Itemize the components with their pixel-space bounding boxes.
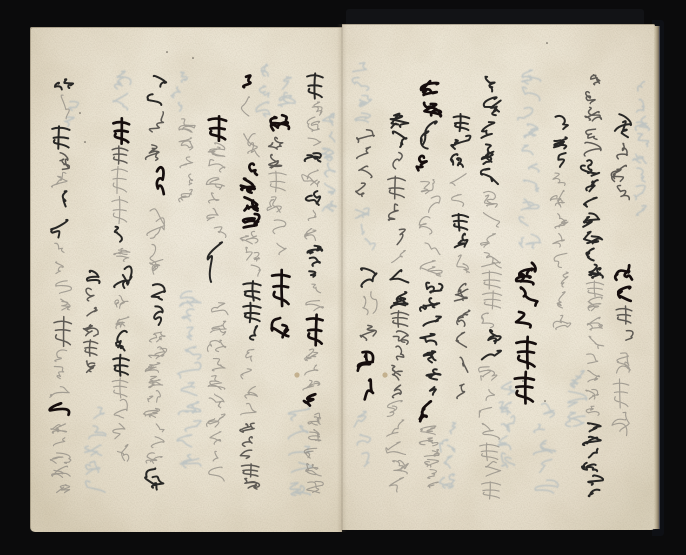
ink-speck — [192, 57, 194, 59]
foxing-stain — [294, 372, 299, 377]
ink-speck — [544, 400, 546, 402]
foxing-stain — [382, 372, 387, 377]
ink-speck — [84, 141, 86, 143]
manuscript-ink-layer: をしろかよみ出して候へをしろかよみ出して候へいしはとれよきるくとれね橋しもまるも… — [0, 0, 686, 555]
ink-speck — [522, 380, 524, 382]
ink-speck — [79, 112, 81, 114]
ink-speck — [546, 42, 548, 44]
ink-speck — [166, 51, 168, 53]
